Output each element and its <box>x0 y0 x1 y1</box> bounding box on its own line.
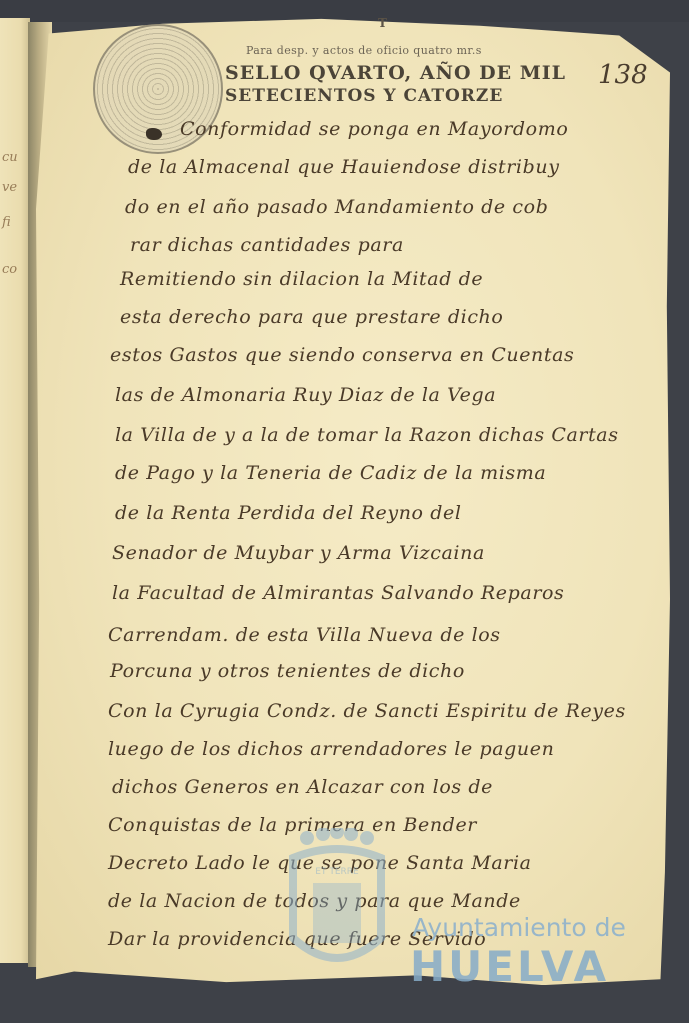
manuscript-line: dichos Generos en Alcazar con los de <box>112 776 493 798</box>
ink-blot-icon <box>146 128 162 140</box>
printed-tax-line: Para desp. y actos de oficio quatro mr.s <box>246 44 482 57</box>
manuscript-line: Remitiendo sin dilacion la Mitad de <box>120 268 483 290</box>
stamp-heading-line1: SELLO QVARTO, AÑO DE MIL <box>225 62 566 84</box>
manuscript-line: Carrendam. de esta Villa Nueva de los <box>108 624 501 646</box>
manuscript-line: luego de los dichos arrendadores le pagu… <box>108 738 554 760</box>
margin-scribble: ve <box>2 180 17 195</box>
watermark-text-ayuntamiento: Ayuntamiento de <box>412 913 626 942</box>
margin-scribble: co <box>2 262 17 277</box>
manuscript-line: de la Almacenal que Hauiendose distribuy <box>128 156 560 178</box>
margin-scribble: cu <box>2 150 18 165</box>
manuscript-line: de Pago y la Teneria de Cadiz de la mism… <box>115 462 546 484</box>
manuscript-line: Senador de Muybar y Arma Vizcaina <box>112 542 485 564</box>
manuscript-line: Conformidad se ponga en Mayordomo <box>180 118 568 140</box>
manuscript-line: las de Almonaria Ruy Diaz de la Vega <box>115 384 496 406</box>
manuscript-line: la Facultad de Almirantas Salvando Repar… <box>112 582 564 604</box>
watermark-text-huelva: HUELVA <box>410 942 609 991</box>
manuscript-line: Con la Cyrugia Condz. de Sancti Espiritu… <box>108 700 626 722</box>
manuscript-line: de la Renta Perdida del Reyno del <box>115 502 462 524</box>
margin-scribble: fi <box>2 215 11 230</box>
folio-number: 138 <box>598 60 648 90</box>
manuscript-line: do en el año pasado Mandamiento de cob <box>125 196 548 218</box>
huelva-coat-of-arms-icon: ET TERRE <box>283 828 391 978</box>
svg-text:ET TERRE: ET TERRE <box>315 867 359 877</box>
printed-mark: T <box>378 16 387 30</box>
stamp-heading-line2: SETECIENTOS Y CATORZE <box>225 86 503 106</box>
manuscript-line: Porcuna y otros tenientes de dicho <box>110 660 465 682</box>
manuscript-line: rar dichas cantidades para <box>130 234 404 256</box>
manuscript-line: estos Gastos que siendo conserva en Cuen… <box>110 344 574 366</box>
manuscript-line: la Villa de y a la de tomar la Razon dic… <box>115 424 619 446</box>
scanner-background-bottom <box>0 985 689 1023</box>
scanner-background-top <box>0 0 689 22</box>
manuscript-line: esta derecho para que prestare dicho <box>120 306 503 328</box>
